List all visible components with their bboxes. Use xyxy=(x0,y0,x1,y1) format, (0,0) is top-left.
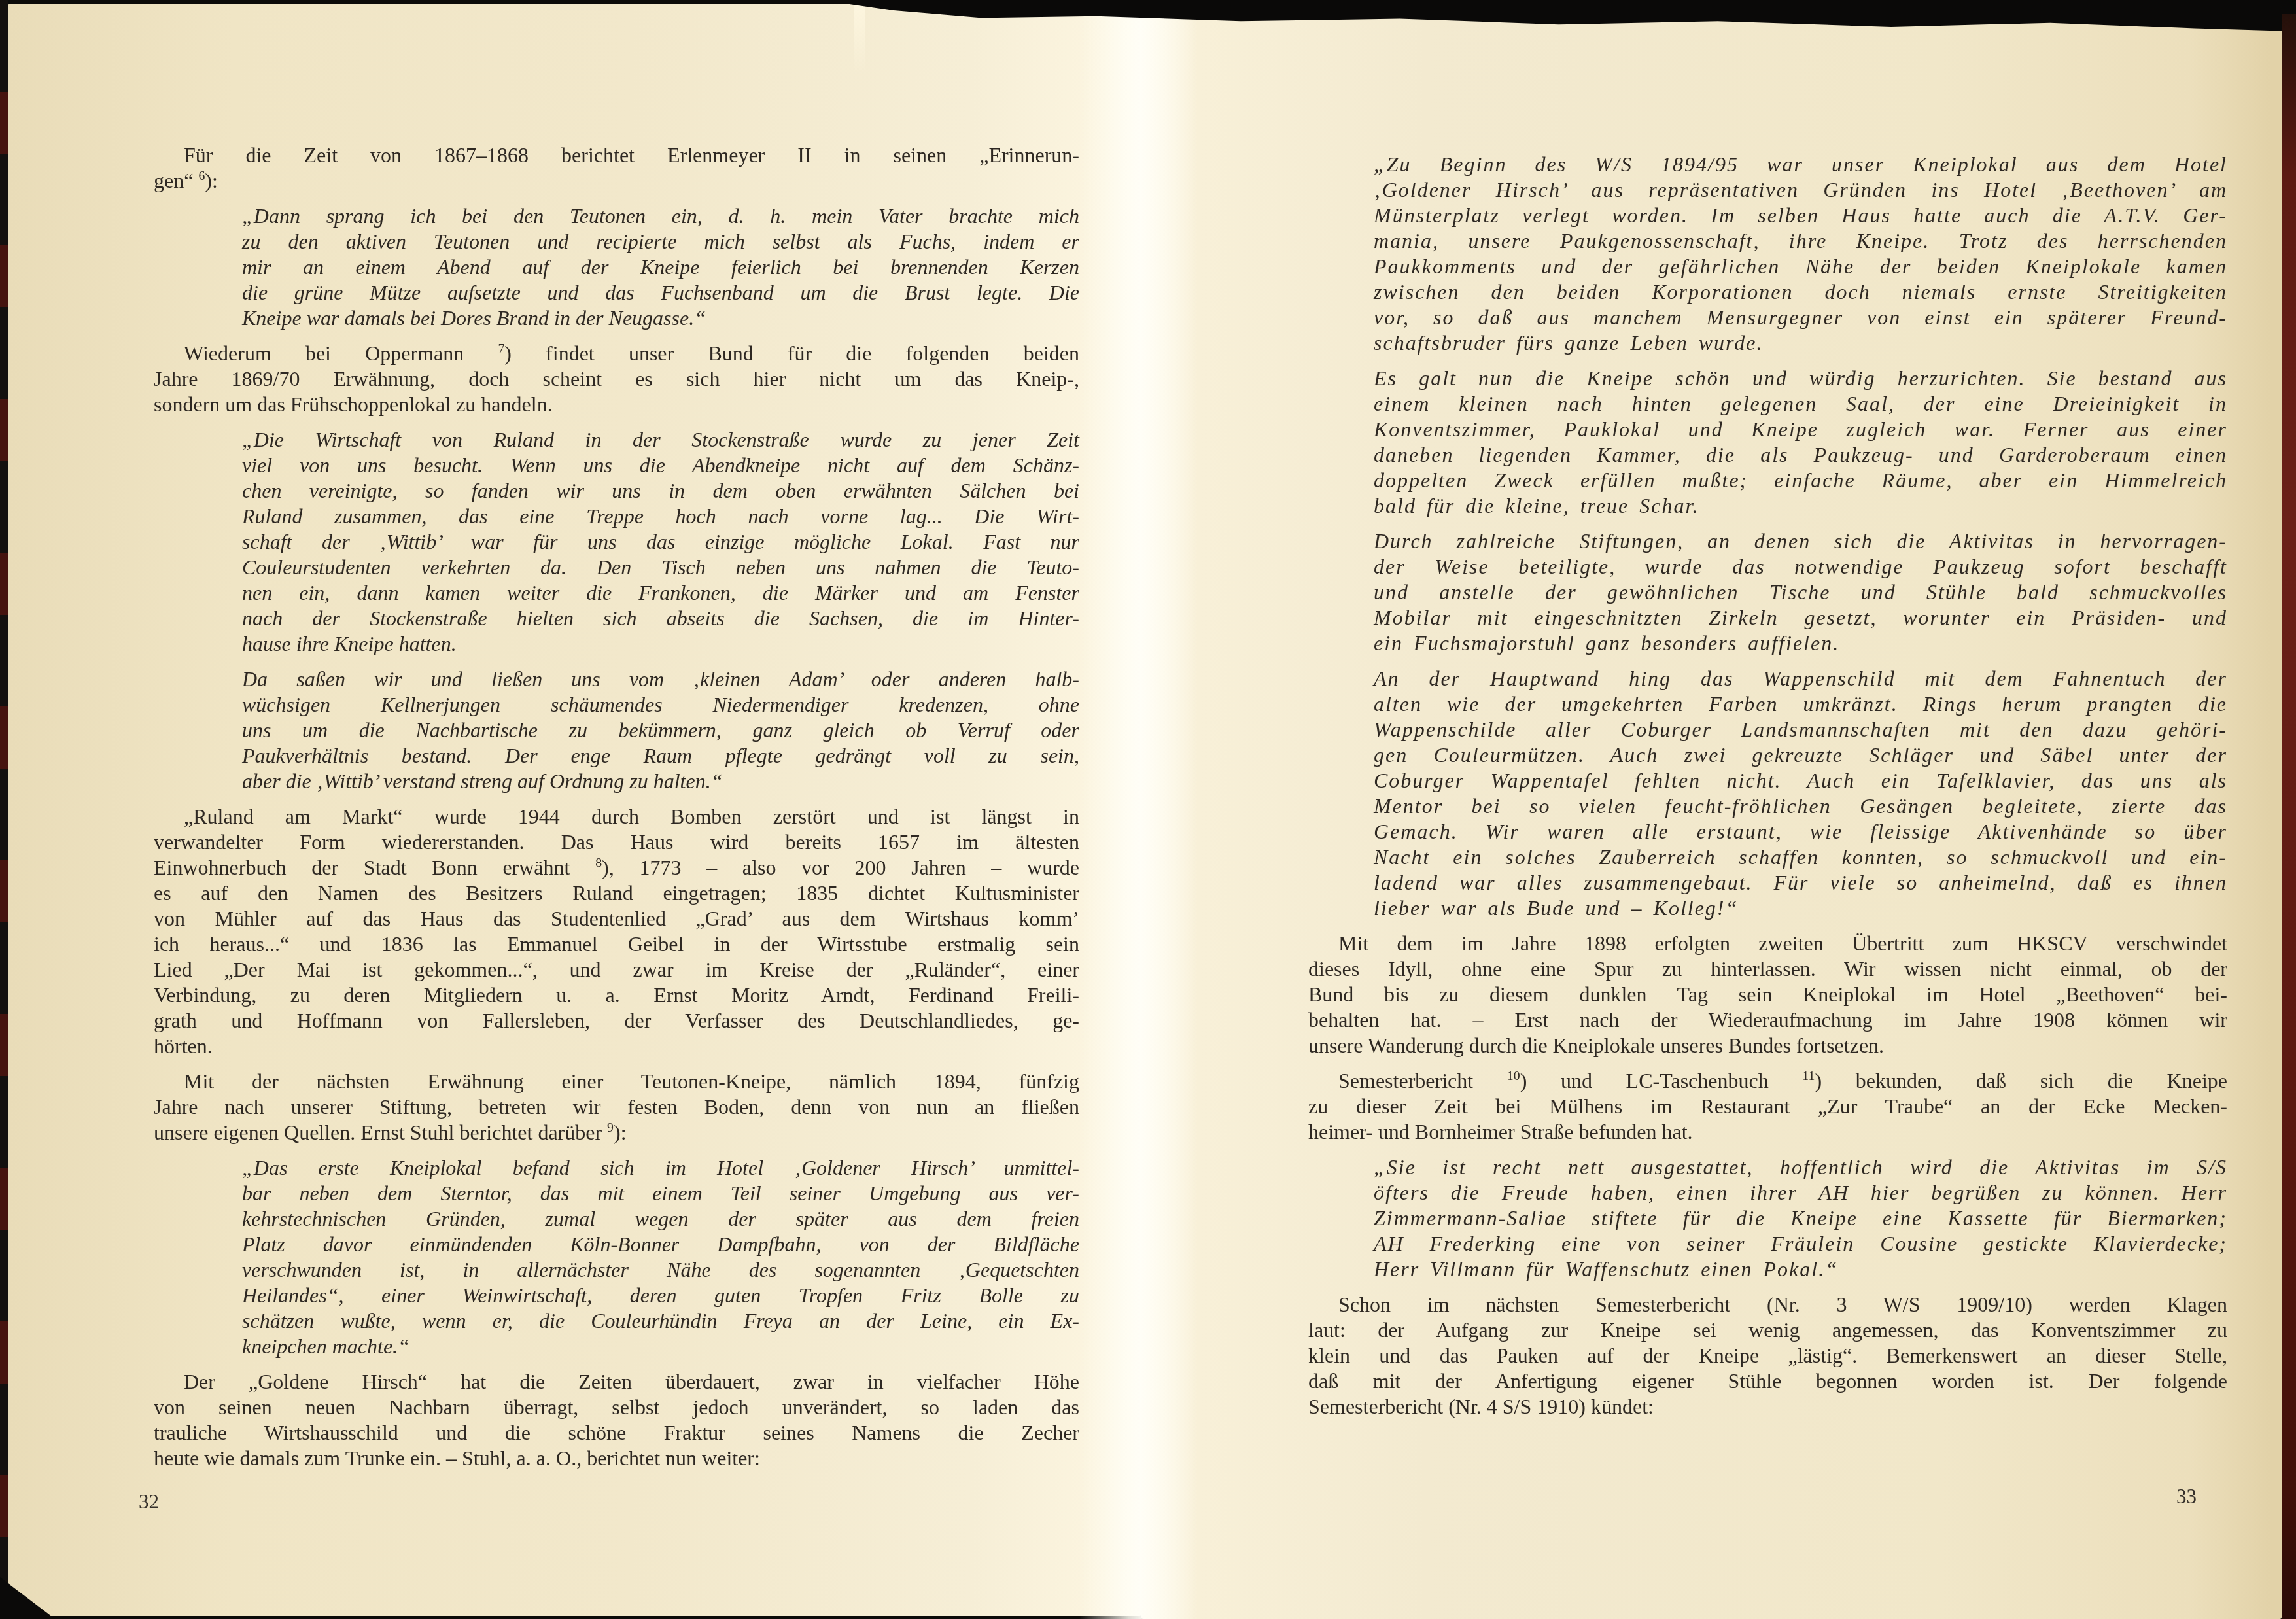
right-page: „Zu Beginn des W/S 1894/95 war unser Kne… xyxy=(1141,17,2282,1619)
text-line: „Ruland am Markt“ wurde 1944 durch Bombe… xyxy=(154,804,1079,829)
footnote-marker: 11 xyxy=(1802,1069,1815,1083)
page-number-left: 32 xyxy=(139,1490,159,1514)
text-line: bald für die kleine, treue Schar. xyxy=(1374,493,2227,519)
quote-block: „Dann sprang ich bei den Teutonen ein, d… xyxy=(242,203,1079,331)
paragraph: Der „Goldene Hirsch“ hat die Zeiten über… xyxy=(154,1369,1079,1471)
text-line: schaft der ‚Wittib’ war für uns das einz… xyxy=(242,529,1079,555)
paragraph: Semesterbericht 10) und LC-Taschenbuch 1… xyxy=(1308,1068,2227,1145)
text-line: Da saßen wir und ließen uns vom ‚kleinen… xyxy=(242,667,1079,692)
text-line: Ruland zusammen, das eine Treppe hoch na… xyxy=(242,504,1079,529)
book-cover-left-edge xyxy=(0,0,8,1619)
book-spread-scan: { "document": { "type": "scanned-book-sp… xyxy=(0,0,2296,1619)
text-line: öfters die Freude haben, einen ihrer AH … xyxy=(1374,1180,2227,1206)
text-line: Mit der nächsten Erwähnung einer Teutone… xyxy=(154,1069,1079,1094)
text-line: Wappenschilde aller Coburger Landsmannsc… xyxy=(1374,717,2227,742)
text-line: der Weise beteiligte, wurde das notwendi… xyxy=(1374,554,2227,580)
text-line: AH Frederking eine von seiner Fräulein C… xyxy=(1374,1231,2227,1257)
page-number-right: 33 xyxy=(2176,1485,2197,1508)
text-line: dieses Idyll, ohne eine Spur zu hinterla… xyxy=(1308,956,2227,982)
text-line: zwischen den beiden Korporationen doch n… xyxy=(1374,279,2227,305)
right-page-text: „Zu Beginn des W/S 1894/95 war unser Kne… xyxy=(1308,152,2227,1429)
text-line: mir an einem Abend auf der Kneipe feierl… xyxy=(242,254,1079,280)
quote-block: An der Hauptwand hing das Wappenschild m… xyxy=(1374,666,2227,921)
quote-block: Da saßen wir und ließen uns vom ‚kleinen… xyxy=(242,667,1079,794)
text-line: ich heraus...“ und 1836 las Emmanuel Gei… xyxy=(154,931,1079,957)
footnote-marker: 6 xyxy=(198,169,205,183)
text-line: Semesterbericht 10) und LC-Taschenbuch 1… xyxy=(1308,1068,2227,1094)
paragraph: Schon im nächsten Semesterbericht (Nr. 3… xyxy=(1308,1292,2227,1419)
text-line: „Das erste Kneiplokal befand sich im Hot… xyxy=(242,1155,1079,1181)
text-line: kneipchen machte.“ xyxy=(242,1334,1079,1359)
text-line: die grüne Mütze aufsetzte und das Fuchse… xyxy=(242,280,1079,305)
text-line: „Zu Beginn des W/S 1894/95 war unser Kne… xyxy=(1374,152,2227,177)
text-line: Mentor bei so vielen feucht-fröhlichen G… xyxy=(1374,793,2227,819)
text-line: Kneipe war damals bei Dores Brand in der… xyxy=(242,305,1079,331)
paragraph: Mit dem im Jahre 1898 erfolgten zweiten … xyxy=(1308,931,2227,1058)
text-line: Semesterbericht (Nr. 4 S/S 1910) kündet: xyxy=(1308,1394,2227,1419)
text-line: viel von uns besucht. Wenn uns die Abend… xyxy=(242,453,1079,478)
text-line: Nacht ein solches Zauberreich schaffen k… xyxy=(1374,844,2227,870)
text-line: einem kleinen nach hinten gelegenen Saal… xyxy=(1374,391,2227,417)
text-line: Für die Zeit von 1867–1868 berichtet Erl… xyxy=(154,143,1079,168)
text-line: Mobilar mit eingeschnitzten Zirkeln gese… xyxy=(1374,605,2227,631)
text-line: heimer- und Bornheimer Straße befunden h… xyxy=(1308,1119,2227,1145)
text-line: von seinen neuen Nachbarn überragt, selb… xyxy=(154,1395,1079,1420)
text-line: doppelten Zweck erfüllen mußte; einfache… xyxy=(1374,468,2227,493)
quote-block: „Zu Beginn des W/S 1894/95 war unser Kne… xyxy=(1374,152,2227,356)
footnote-marker: 8 xyxy=(595,856,602,870)
text-line: trauliche Wirtshausschild und die schöne… xyxy=(154,1420,1079,1446)
footnote-marker: 10 xyxy=(1507,1069,1520,1083)
text-line: nen ein, dann kamen weiter die Frankonen… xyxy=(242,580,1079,606)
text-line: chen vereinigte, so fanden wir uns in de… xyxy=(242,478,1079,504)
text-line: uns um die Nachbartische zu bekümmern, g… xyxy=(242,718,1079,743)
text-line: schaftsbruder fürs ganze Leben wurde. xyxy=(1374,330,2227,356)
text-line: ein Fuchsmajorstuhl ganz besonders auffi… xyxy=(1374,631,2227,656)
text-line: daß mit der Anfertigung eigener Stühle b… xyxy=(1308,1368,2227,1394)
text-line: Der „Goldene Hirsch“ hat die Zeiten über… xyxy=(154,1369,1079,1395)
text-line: unsere eigenen Quellen. Ernst Stuhl beri… xyxy=(154,1120,1079,1145)
text-line: hause ihre Kneipe hatten. xyxy=(242,631,1079,657)
footnote-marker: 9 xyxy=(607,1121,614,1135)
text-line: Paukverhältnis bestand. Der enge Raum pf… xyxy=(242,743,1079,769)
text-line: Lied „Der Mai ist gekommen...“, und zwar… xyxy=(154,957,1079,983)
text-line: Couleurstudenten verkehrten da. Den Tisc… xyxy=(242,555,1079,580)
text-line: Jahre 1869/70 Erwähnung, doch scheint es… xyxy=(154,366,1079,392)
text-line: „Sie ist recht nett ausgestattet, hoffen… xyxy=(1374,1155,2227,1180)
text-line: heute wie damals zum Trunke ein. – Stuhl… xyxy=(154,1446,1079,1471)
text-line: klein und das Pauken auf der Kneipe „läs… xyxy=(1308,1343,2227,1368)
text-line: grath und Hoffmann von Fallersleben, der… xyxy=(154,1008,1079,1034)
text-line: verschwunden ist, in allernächster Nähe … xyxy=(242,1257,1079,1283)
text-line: An der Hauptwand hing das Wappenschild m… xyxy=(1374,666,2227,691)
text-line: Durch zahlreiche Stiftungen, an denen si… xyxy=(1374,529,2227,554)
left-page-text: Für die Zeit von 1867–1868 berichtet Erl… xyxy=(154,143,1079,1481)
text-line: Paukkomments und der gefährlichen Nähe d… xyxy=(1374,254,2227,279)
footnote-marker: 7 xyxy=(498,341,504,356)
text-line: alten wie der umgekehrten Farben umkränz… xyxy=(1374,691,2227,717)
text-line: lieber war als Bude und – Kolleg!“ xyxy=(1374,896,2227,921)
text-line: Gemach. Wir waren alle erstaunt, wie fle… xyxy=(1374,819,2227,844)
text-line: daneben liegenden Kammer, die als Paukze… xyxy=(1374,442,2227,468)
quote-block: „Das erste Kneiplokal befand sich im Hot… xyxy=(242,1155,1079,1359)
text-line: nach der Stockenstraße hielten sich abse… xyxy=(242,606,1079,631)
text-line: Bund bis zu diesem dunklen Tag sein Knei… xyxy=(1308,982,2227,1007)
text-line: sondern um das Frühschoppenlokal zu hand… xyxy=(154,392,1079,417)
left-page-top-edge xyxy=(854,1,865,73)
text-line: Wiederum bei Oppermann 7) findet unser B… xyxy=(154,341,1079,366)
text-line: „Die Wirtschaft von Ruland in der Stocke… xyxy=(242,427,1079,453)
text-line: zu den aktiven Teutonen und recipierte m… xyxy=(242,229,1079,254)
text-line: ladend war alles zusammengebaut. Für vie… xyxy=(1374,870,2227,896)
quote-block: „Die Wirtschaft von Ruland in der Stocke… xyxy=(242,427,1079,657)
paragraph: „Ruland am Markt“ wurde 1944 durch Bombe… xyxy=(154,804,1079,1059)
text-line: ‚Goldener Hirsch’ aus repräsentativen Gr… xyxy=(1374,177,2227,203)
text-line: Herr Villmann für Waffenschutz einen Pok… xyxy=(1374,1257,2227,1282)
quote-block: Es galt nun die Kneipe schön und würdig … xyxy=(1374,366,2227,519)
left-page: Für die Zeit von 1867–1868 berichtet Erl… xyxy=(7,4,1141,1616)
text-line: es auf den Namen des Besitzers Ruland ei… xyxy=(154,880,1079,906)
paragraph: Wiederum bei Oppermann 7) findet unser B… xyxy=(154,341,1079,417)
text-line: Platz davor einmündenden Köln-Bonner Dam… xyxy=(242,1232,1079,1257)
text-line: laut: der Aufgang zur Kneipe sei wenig a… xyxy=(1308,1317,2227,1343)
text-line: Mit dem im Jahre 1898 erfolgten zweiten … xyxy=(1308,931,2227,956)
text-line: von Mühler auf das Haus das Studentenlie… xyxy=(154,906,1079,931)
text-line: und anstelle der gewöhnlichen Tische und… xyxy=(1374,580,2227,605)
text-line: Zimmermann-Saliae stiftete für die Kneip… xyxy=(1374,1206,2227,1231)
text-line: verwandelter Form wiedererstanden. Das H… xyxy=(154,829,1079,855)
paragraph: Mit der nächsten Erwähnung einer Teutone… xyxy=(154,1069,1079,1145)
paragraph: Für die Zeit von 1867–1868 berichtet Erl… xyxy=(154,143,1079,194)
text-line: Jahre nach unserer Stiftung, betreten wi… xyxy=(154,1094,1079,1120)
text-line: Heilandes“, einer Weinwirtschaft, deren … xyxy=(242,1283,1079,1308)
book-cover-right-edge xyxy=(2282,14,2296,1619)
text-line: „Dann sprang ich bei den Teutonen ein, d… xyxy=(242,203,1079,229)
text-line: Schon im nächsten Semesterbericht (Nr. 3… xyxy=(1308,1292,2227,1317)
text-line: Es galt nun die Kneipe schön und würdig … xyxy=(1374,366,2227,391)
text-line: zu dieser Zeit bei Mülhens im Restaurant… xyxy=(1308,1094,2227,1119)
text-line: kehrstechnischen Gründen, zumal wegen de… xyxy=(242,1206,1079,1232)
text-line: Einwohnerbuch der Stadt Bonn erwähnt 8),… xyxy=(154,855,1079,880)
text-line: Verbindung, zu deren Mitgliedern u. a. E… xyxy=(154,983,1079,1008)
text-line: Coburger Wappentafel fehlten nicht. Auch… xyxy=(1374,768,2227,793)
text-line: hörten. xyxy=(154,1034,1079,1059)
quote-block: Durch zahlreiche Stiftungen, an denen si… xyxy=(1374,529,2227,656)
text-line: schätzen wußte, wenn er, die Couleurhünd… xyxy=(242,1308,1079,1334)
text-line: mania, unsere Paukgenossenschaft, ihre K… xyxy=(1374,228,2227,254)
text-line: wüchsigen Kellnerjungen schäumendes Nied… xyxy=(242,692,1079,718)
text-line: behalten hat. – Erst nach der Wiederaufm… xyxy=(1308,1007,2227,1033)
text-line: vor, so daß aus manchem Mensurgegner von… xyxy=(1374,305,2227,330)
text-line: Konventszimmer, Pauklokal und Kneipe zug… xyxy=(1374,417,2227,442)
text-line: bar neben dem Sterntor, das mit einem Te… xyxy=(242,1181,1079,1206)
text-line: gen Couleurmützen. Auch zwei gekreuzte S… xyxy=(1374,742,2227,768)
text-line: gen“ 6): xyxy=(154,168,1079,194)
quote-block: „Sie ist recht nett ausgestattet, hoffen… xyxy=(1374,1155,2227,1282)
text-line: Münsterplatz verlegt worden. Im selben H… xyxy=(1374,203,2227,228)
text-line: aber die ‚Wittib’ verstand streng auf Or… xyxy=(242,769,1079,794)
text-line: unsere Wanderung durch die Kneiplokale u… xyxy=(1308,1033,2227,1058)
